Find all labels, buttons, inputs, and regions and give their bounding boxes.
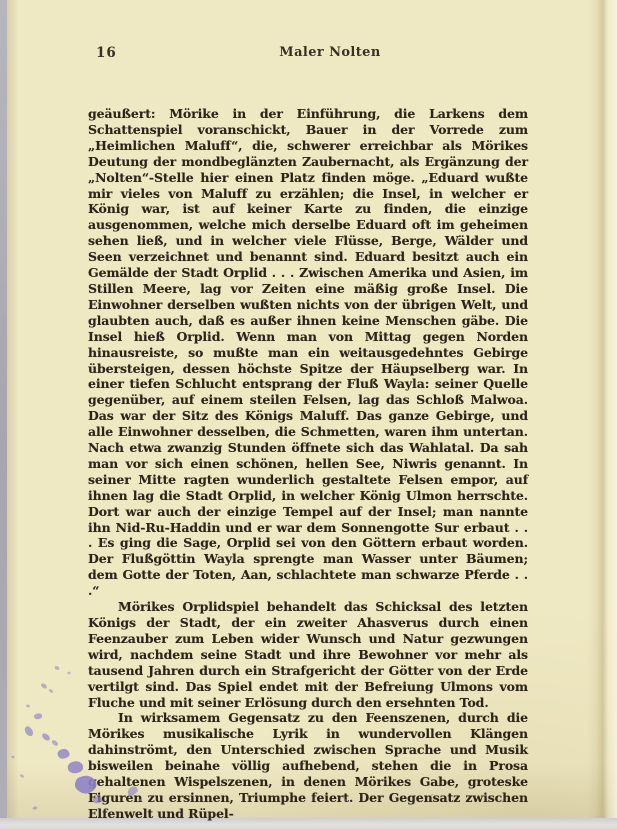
body-text: geäußert: Mörike in der Einführung, die …	[88, 106, 528, 822]
running-head: Maler Nolten	[88, 45, 528, 60]
paragraph: In wirksamem Gegensatz zu den Feenszenen…	[88, 710, 528, 821]
paragraph: geäußert: Mörike in der Einführung, die …	[88, 106, 528, 599]
page-header: 16 Maler Nolten	[88, 45, 528, 62]
paragraph: Mörikes Orplidspiel behandelt das Schick…	[88, 599, 528, 710]
scan-left-edge	[0, 0, 7, 818]
